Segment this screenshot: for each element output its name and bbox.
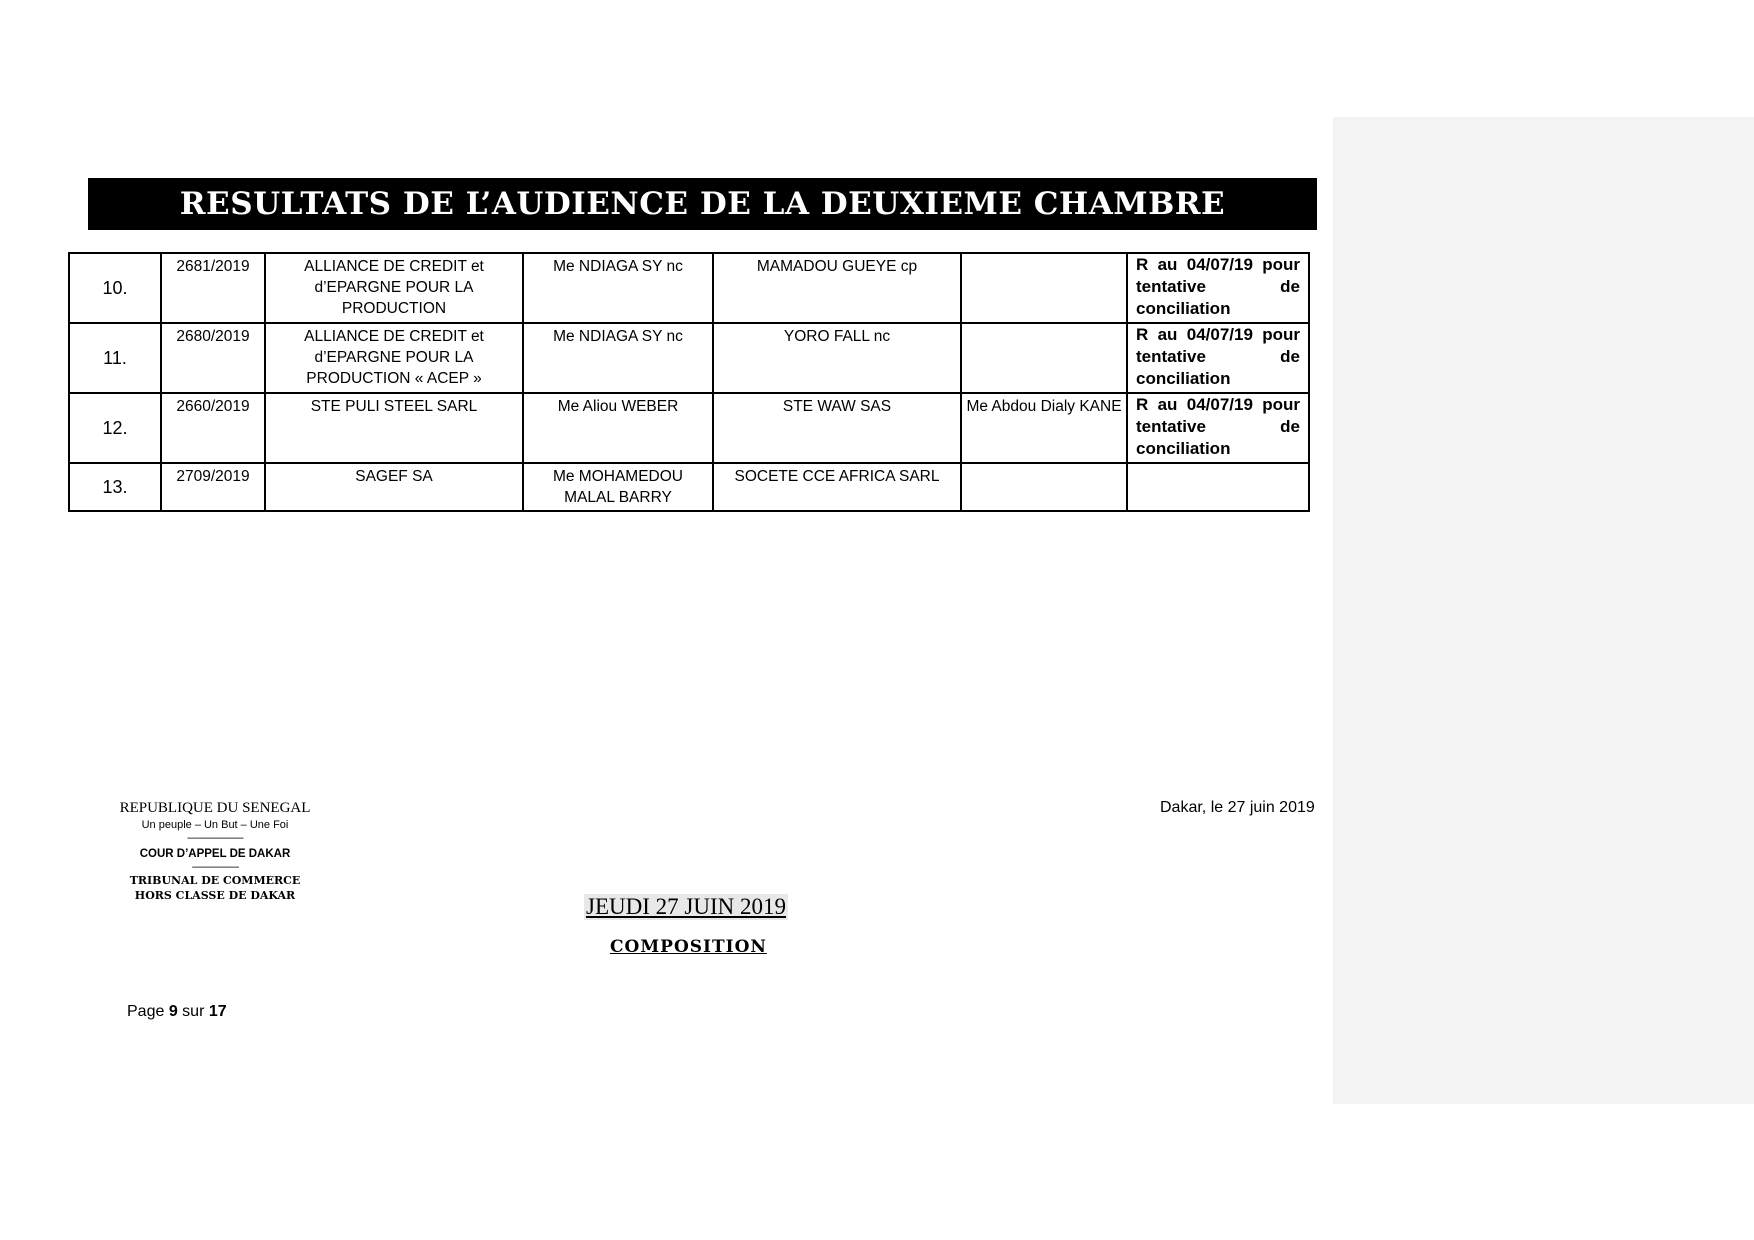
letterhead-tribunal: TRIBUNAL DE COMMERCE: [110, 873, 320, 888]
cell-result: R au 04/07/19 pour tentative de concilia…: [1127, 393, 1309, 463]
cell-plaintiff-counsel: Me Aliou WEBER: [523, 393, 713, 463]
hearing-date: JEUDI 27 JUIN 2019: [584, 894, 788, 920]
cell-plaintiff-counsel: Me NDIAGA SY nc: [523, 253, 713, 323]
letterhead-motto: Un peuple – Un But – Une Foi: [110, 819, 320, 831]
composition-heading: COMPOSITION: [610, 937, 767, 957]
page-current: 9: [169, 1003, 178, 1020]
letterhead-divider: --------------------: [110, 862, 320, 873]
cell-num: 10.: [69, 253, 161, 323]
cell-num: 11.: [69, 323, 161, 393]
cell-defendant-counsel: Me Abdou Dialy KANE: [961, 393, 1127, 463]
cell-plaintiff: SAGEF SA: [265, 463, 523, 511]
cell-defendant: SOCETE CCE AFRICA SARL: [713, 463, 961, 511]
letterhead: REPUBLIQUE DU SENEGAL Un peuple – Un But…: [110, 800, 320, 903]
cell-defendant-counsel: [961, 323, 1127, 393]
cell-plaintiff: STE PULI STEEL SARL: [265, 393, 523, 463]
page-total: 17: [209, 1003, 227, 1020]
table-row: 12.2660/2019STE PULI STEEL SARLMe Aliou …: [69, 393, 1309, 463]
cell-result: R au 04/07/19 pour tentative de concilia…: [1127, 323, 1309, 393]
cell-num: 12.: [69, 393, 161, 463]
letterhead-tribunal: HORS CLASSE DE DAKAR: [110, 888, 320, 903]
cell-defendant: YORO FALL nc: [713, 323, 961, 393]
page-indicator: Page 9 sur 17: [127, 1003, 227, 1021]
cell-result: R au 04/07/19 pour tentative de concilia…: [1127, 253, 1309, 323]
cell-case-no: 2709/2019: [161, 463, 265, 511]
cell-case-no: 2680/2019: [161, 323, 265, 393]
cell-defendant-counsel: [961, 253, 1127, 323]
page-sep: sur: [178, 1003, 209, 1020]
page-title-banner: RESULTATS DE L’AUDIENCE DE LA DEUXIEME C…: [88, 178, 1317, 230]
cell-defendant: MAMADOU GUEYE cp: [713, 253, 961, 323]
results-table: 10.2681/2019ALLIANCE DE CREDIT et d’EPAR…: [68, 252, 1310, 512]
cell-case-no: 2660/2019: [161, 393, 265, 463]
cell-plaintiff-counsel: Me NDIAGA SY nc: [523, 323, 713, 393]
cell-result: [1127, 463, 1309, 511]
table-row: 13.2709/2019SAGEF SAMe MOHAMEDOU MALAL B…: [69, 463, 1309, 511]
cell-case-no: 2681/2019: [161, 253, 265, 323]
cell-plaintiff: ALLIANCE DE CREDIT et d’EPARGNE POUR LA …: [265, 323, 523, 393]
table-row: 10.2681/2019ALLIANCE DE CREDIT et d’EPAR…: [69, 253, 1309, 323]
page-title: RESULTATS DE L’AUDIENCE DE LA DEUXIEME C…: [180, 186, 1225, 222]
letterhead-divider: ------------------------: [110, 833, 320, 844]
side-panel: [1333, 117, 1754, 1104]
letterhead-court: COUR D’APPEL DE DAKAR: [110, 848, 320, 860]
page-prefix: Page: [127, 1003, 169, 1020]
dateline: Dakar, le 27 juin 2019: [1160, 799, 1315, 817]
cell-defendant-counsel: [961, 463, 1127, 511]
table-row: 11.2680/2019ALLIANCE DE CREDIT et d’EPAR…: [69, 323, 1309, 393]
cell-num: 13.: [69, 463, 161, 511]
cell-plaintiff-counsel: Me MOHAMEDOU MALAL BARRY: [523, 463, 713, 511]
cell-defendant: STE WAW SAS: [713, 393, 961, 463]
letterhead-republic: REPUBLIQUE DU SENEGAL: [110, 800, 320, 817]
cell-plaintiff: ALLIANCE DE CREDIT et d’EPARGNE POUR LA …: [265, 253, 523, 323]
